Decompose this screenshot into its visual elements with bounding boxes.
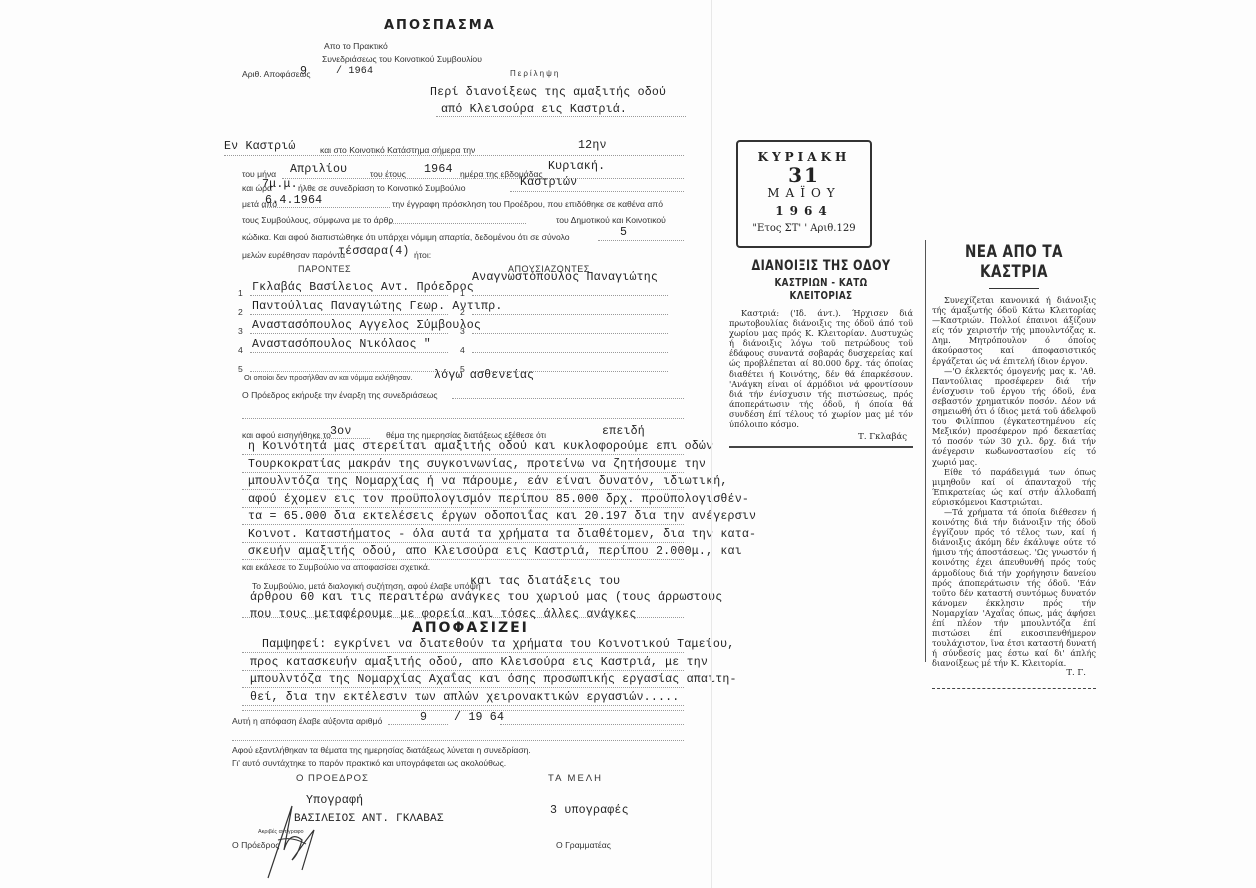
present-member-line: [250, 371, 448, 372]
stamp-date: 31: [738, 166, 870, 184]
opening-text: Ο Πρόεδρος εκήρυξε την έναρξη της συνεδρ…: [242, 390, 438, 400]
weekday-value: Κυριακή.: [548, 160, 605, 173]
decision-no: 9: [300, 65, 307, 78]
article1-headline: ΔΙΑΝΟΙΞΙΣ ΤΗΣ ΟΔΟΥ: [747, 258, 894, 274]
item-number-value: 3ον: [330, 425, 351, 438]
year-value: 1964: [424, 163, 453, 176]
decision-rule: [242, 652, 684, 653]
secretary-footer: Ο Γραμματέας: [556, 840, 611, 850]
article2-paragraph: —'Ο έκλεκτός όμογενής μας κ. 'Αθ. Παντού…: [932, 366, 1096, 467]
summary-line-2: από Κλεισούρα εις Καστριά.: [441, 103, 627, 116]
present-member-number: 3: [238, 326, 243, 336]
invitation-date-value: 6.4.1964: [265, 194, 322, 207]
article2-left-rule: [925, 240, 926, 662]
council-intro: Το Συμβούλιο, μετά διαλογική συζήτηση, α…: [252, 581, 481, 591]
decides-title: ΑΠΟΦΑΣΙΖΕΙ: [412, 620, 529, 636]
summary-line-1: Περί διανοίξεως της αμαξιτής οδού: [430, 86, 666, 99]
absent-note-label: Οι οποίοι δεν προσήλθαν αν και νόμιμα εκ…: [244, 373, 413, 382]
present-member-line: [250, 333, 448, 334]
council-place-value: Καστριών: [520, 176, 577, 189]
intro-text-1: και στο Κοινοτικό Κατάστημα σήμερα την: [320, 145, 475, 155]
president-label: Ο ΠΡΟΕΔΡΟΣ: [296, 773, 369, 784]
article2-headline: ΝΕΑ ΑΠΟ ΤΑ ΚΑΣΤΡΙΑ: [948, 242, 1079, 282]
present-header: ΠΑΡΟΝΤΕΣ: [298, 264, 351, 274]
present-member-number: 4: [238, 345, 243, 355]
council-text-line: άρθρου 60 και τις περαιτέρω ανάγκες του …: [250, 591, 722, 604]
decision-text-line: μπουλντόζα της Νομαρχίας Αχαΐας και όσης…: [250, 673, 737, 686]
item-rule: [242, 559, 684, 560]
decision-rule: [242, 687, 684, 688]
intro-text-5a: τους Συμβούλους, σύμφωνα με το άρθρ: [242, 215, 393, 225]
item-text-line: Τουρκοκρατίας μακράν της συγκοινωνίας, π…: [248, 458, 706, 471]
stamp-year: 1964: [738, 202, 870, 220]
extract-title: ΑΠΟΣΠΑΣΜΑ: [384, 18, 496, 33]
absent-member-number: 4: [460, 345, 465, 355]
decision-rule: [242, 670, 684, 671]
item-rule: [242, 507, 684, 508]
place-value: Εν Καστριώ: [224, 140, 296, 153]
item-text-line: αφού έχομεν εις τον προϋπολογισμόν περίπ…: [248, 493, 749, 506]
article-road-opening: ΔΙΑΝΟΙΞΙΣ ΤΗΣ ΟΔΟΥ ΚΑΣΤΡΙΩΝ - ΚΑΤΩ ΚΛΕΙΤ…: [729, 258, 913, 448]
day-of-month-value: 12ην: [578, 139, 607, 152]
intro-text-6: κώδικα. Και αφού διαπιστώθηκε ότι υπάρχε…: [242, 232, 570, 242]
present-count-value: τέσσαρα(4): [338, 245, 410, 258]
intro-text-5b: του Δημοτικού και Κοινοτικού: [556, 215, 666, 225]
newspaper-date-stamp: ΚΥΡΙΑΚΗ 31 ΜΑΪΟΥ 1964 "Ετος ΣΤ' ' Αριθ.1…: [736, 140, 872, 248]
page-divider: [711, 0, 712, 888]
decision-year: / 1964: [336, 66, 373, 77]
closing-text-1: Αφού εξαντλήθηκαν τα θέματα της ημερησία…: [232, 745, 531, 755]
item-text-line: μπουλντόζα της Νομαρχίας ή να πάρουμε, ε…: [248, 475, 728, 488]
item-intro-text: θέμα της ημερησίας διατάξεως εξέθεσε ότι: [386, 430, 546, 440]
absent-member-line: [472, 314, 668, 315]
present-member-line: [250, 295, 448, 296]
item-rule: [242, 542, 684, 543]
absent-member-line: [472, 333, 668, 334]
intro-text-7: μελών ευρέθησαν παρόντα: [242, 250, 345, 260]
item-reason-start: επειδή: [602, 425, 645, 438]
present-member-name: Γκλαβάς Βασίλειος Αντ. Πρόεδρος: [252, 281, 474, 294]
absent-member-name: Αναγνωστόπουλος Παναγιώτης: [472, 271, 658, 284]
article2-paragraph: —Τά χρήματα τά όποία διέθεσεν ή κοινότης…: [932, 507, 1096, 669]
intro-text-7b: ήτοι:: [414, 250, 431, 260]
item-rule: [242, 489, 684, 490]
members-label: ΤΑ ΜΕΛΗ: [548, 773, 603, 784]
item-rule: [242, 524, 684, 525]
item-rule: [242, 472, 684, 473]
handwritten-signature: [262, 800, 322, 880]
decision-text-line: προς κατασκευήν αμαξιτής οδού, απο Κλεισ…: [250, 656, 708, 669]
article2-paragraph: Είθε τό παράδειγμά των όπως μιμηθοϋν καί…: [932, 467, 1096, 507]
item-text-line: τα = 65.000 δια εκτελέσεις έργων οδοποιΐ…: [248, 510, 756, 523]
serial-number: 9: [420, 711, 427, 724]
absent-member-number: 1: [460, 288, 465, 298]
article1-body: Καστριά: ('Ιδ. άντ.). Ήρχισεν διά πρωτοβ…: [729, 308, 913, 429]
article1-subheadline: ΚΑΣΤΡΙΩΝ - ΚΑΤΩ ΚΛΕΙΤΟΡΙΑΣ: [747, 276, 894, 302]
article1-paragraph: Καστριά: ('Ιδ. άντ.). Ήρχισεν διά πρωτοβ…: [729, 308, 913, 429]
article2-paragraph: Συνεχίζεται κανονικά ή διάνοιξις τής άμα…: [932, 295, 1096, 366]
item-text-line: σκευήν αμαξιτής οδού, απο Κλεισούρα εις …: [248, 545, 742, 558]
total-members-value: 5: [620, 226, 627, 239]
present-member-number: 1: [238, 288, 243, 298]
absent-member-number: 2: [460, 307, 465, 317]
absent-member-line: [472, 295, 668, 296]
item-text-line: Κοινοτ. Καταστήματος - όλα αυτά τα χρήμα…: [248, 528, 756, 541]
intro-text-4: την έγγραφη πρόσκληση του Προέδρου, που …: [392, 199, 663, 209]
present-member-number: 5: [238, 364, 243, 374]
stamp-month: ΜΑΪΟΥ: [738, 184, 870, 202]
decision-text-line: Παμψηφεί: εγκρίνει να διατεθούν τα χρήμα…: [262, 638, 734, 651]
decision-rule: [242, 705, 684, 706]
absent-member-number: 3: [460, 326, 465, 336]
serial-label: Αυτή η απόφαση έλαβε αύξοντα αριθμό: [232, 716, 382, 726]
item-close-text: και εκάλεσε το Συμβούλιο να αποφασίσει σ…: [242, 562, 430, 572]
summary-label: Περίληψη: [510, 69, 560, 78]
stamp-issue: "Ετος ΣΤ' ' Αριθ.129: [738, 220, 870, 238]
present-member-name: Αναστασόπουλος Νικόλαος ": [252, 338, 431, 351]
council-value: και τας διατάξεις του: [470, 575, 620, 588]
closing-text-2: Γι' αυτό συντάχτηκε το παρόν πρακτικό κα…: [232, 758, 506, 768]
present-member-name: Αναστασόπουλος Αγγελος Σύμβουλος: [252, 319, 481, 332]
article2-author: Τ. Γ.: [932, 668, 1096, 678]
month-value: Απριλίου: [290, 163, 347, 176]
item-rule: [242, 454, 684, 455]
absent-member-line: [472, 352, 668, 353]
item-text-line: η Κοινότητά μας στερείται αμαξιτής οδού …: [248, 440, 713, 453]
present-member-number: 2: [238, 307, 243, 317]
article1-author: Τ. Γκλαβάς: [729, 432, 913, 442]
time-value: 7μ.μ.: [262, 178, 298, 191]
decision-text-line: θεί, δια την εκτέλεσιν των απλών χειρονα…: [250, 691, 679, 704]
session-label: Συνεδριάσεως του Κοινοτικού Συμβουλίου: [322, 54, 482, 64]
article-news-from-kastria: ΝΕΑ ΑΠΟ ΤΑ ΚΑΣΤΡΙΑ Συνεχίζεται κανονικά …: [932, 242, 1096, 689]
serial-year: / 19 64: [454, 711, 504, 724]
present-member-line: [250, 352, 448, 353]
intro-text-3: ήλθε σε συνεδρίαση το Κοινοτικό Συμβούλι…: [298, 183, 466, 193]
absent-reason: λόγω ασθενείας: [434, 369, 534, 382]
members-signatures: 3 υπογραφές: [550, 804, 629, 817]
from-minutes-label: Απο το Πρακτικό: [324, 41, 388, 51]
present-member-line: [250, 314, 448, 315]
article2-body: Συνεχίζεται κανονικά ή διάνοιξις τής άμα…: [932, 295, 1096, 668]
